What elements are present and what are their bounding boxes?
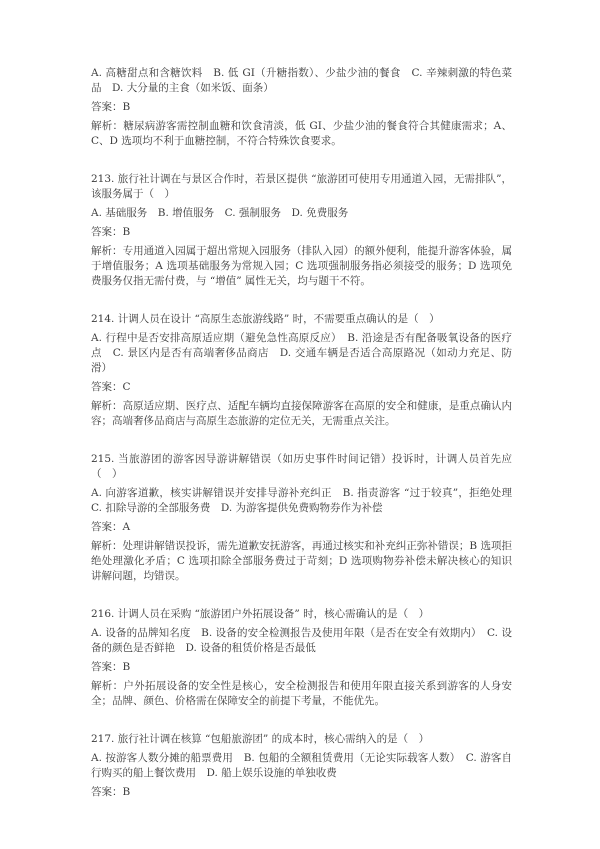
analysis-text: 解析：高原适应期、医疗点、适配车辆均直接保障游客在高原的安全和健康，是重点确认内…: [91, 399, 512, 429]
question-text: 213. 旅行社计调在与景区合作时，若景区提供 “旅游团可使用专用通道入园，无需…: [91, 172, 512, 202]
question-block: 217. 旅行社计调在核算 “包船旅游团” 的成本时，核心需纳入的是（ ） A.…: [91, 732, 512, 800]
analysis-text: 解析：糖尿病游客需控制血糖和饮食清淡，低 GI、少盐少油的餐食符合其健康需求；A…: [91, 119, 512, 149]
question-text: 216. 计调人员在采购 “旅游团户外拓展设备” 时，核心需确认的是（ ）: [91, 607, 512, 622]
answer-text: 答案：B: [91, 785, 512, 800]
question-block: 213. 旅行社计调在与景区合作时，若景区提供 “旅游团可使用专用通道入园，无需…: [91, 172, 512, 289]
options-text: A. 行程中是否安排高原适应期（避免急性高原反应） B. 沿途是否有配备吸氧设备…: [91, 331, 512, 376]
question-text: 214. 计调人员在设计 “高原生态旅游线路” 时，不需要重点确认的是（ ）: [91, 312, 512, 327]
question-block: 214. 计调人员在设计 “高原生态旅游线路” 时，不需要重点确认的是（ ） A…: [91, 312, 512, 429]
answer-text: 答案：B: [91, 225, 512, 240]
options-text: A. 基础服务 B. 增值服务 C. 强制服务 D. 免费服务: [91, 206, 512, 221]
analysis-text: 解析：处理讲解错误投诉，需先道歉安抚游客，再通过核实和补充纠正弥补错误；B 选项…: [91, 539, 512, 584]
question-block: 216. 计调人员在采购 “旅游团户外拓展设备” 时，核心需确认的是（ ） A.…: [91, 607, 512, 709]
question-block: A. 高糖甜点和含糖饮料 B. 低 GI（升糖指数）、少盐少油的餐食 C. 辛辣…: [91, 66, 512, 149]
options-text: A. 向游客道歉，核实讲解错误并安排导游补充纠正 B. 指责游客 “过于较真”，…: [91, 486, 512, 516]
document-page: A. 高糖甜点和含糖饮料 B. 低 GI（升糖指数）、少盐少油的餐食 C. 辛辣…: [0, 0, 600, 849]
question-text: 217. 旅行社计调在核算 “包船旅游团” 的成本时，核心需纳入的是（ ）: [91, 732, 512, 747]
options-text: A. 设备的品牌知名度 B. 设备的安全检测报告及使用年限（是否在安全有效期内）…: [91, 626, 512, 656]
question-block: 215. 当旅游团的游客因导游讲解错误（如历史事件时间记错）投诉时，计调人员首先…: [91, 452, 512, 584]
options-text: A. 按游客人数分摊的船票费用 B. 包船的全额租赁费用（无论实际载客人数） C…: [91, 751, 512, 781]
answer-text: 答案：C: [91, 380, 512, 395]
question-text: 215. 当旅游团的游客因导游讲解错误（如历史事件时间记错）投诉时，计调人员首先…: [91, 452, 512, 482]
answer-text: 答案：B: [91, 100, 512, 115]
answer-text: 答案：A: [91, 520, 512, 535]
analysis-text: 解析：户外拓展设备的安全性是核心，安全检测报告和使用年限直接关系到游客的人身安全…: [91, 679, 512, 709]
options-text: A. 高糖甜点和含糖饮料 B. 低 GI（升糖指数）、少盐少油的餐食 C. 辛辣…: [91, 66, 512, 96]
answer-text: 答案：B: [91, 660, 512, 675]
analysis-text: 解析：专用通道入园属于超出常规入园服务（排队入园）的额外便利，能提升游客体验，属…: [91, 244, 512, 289]
